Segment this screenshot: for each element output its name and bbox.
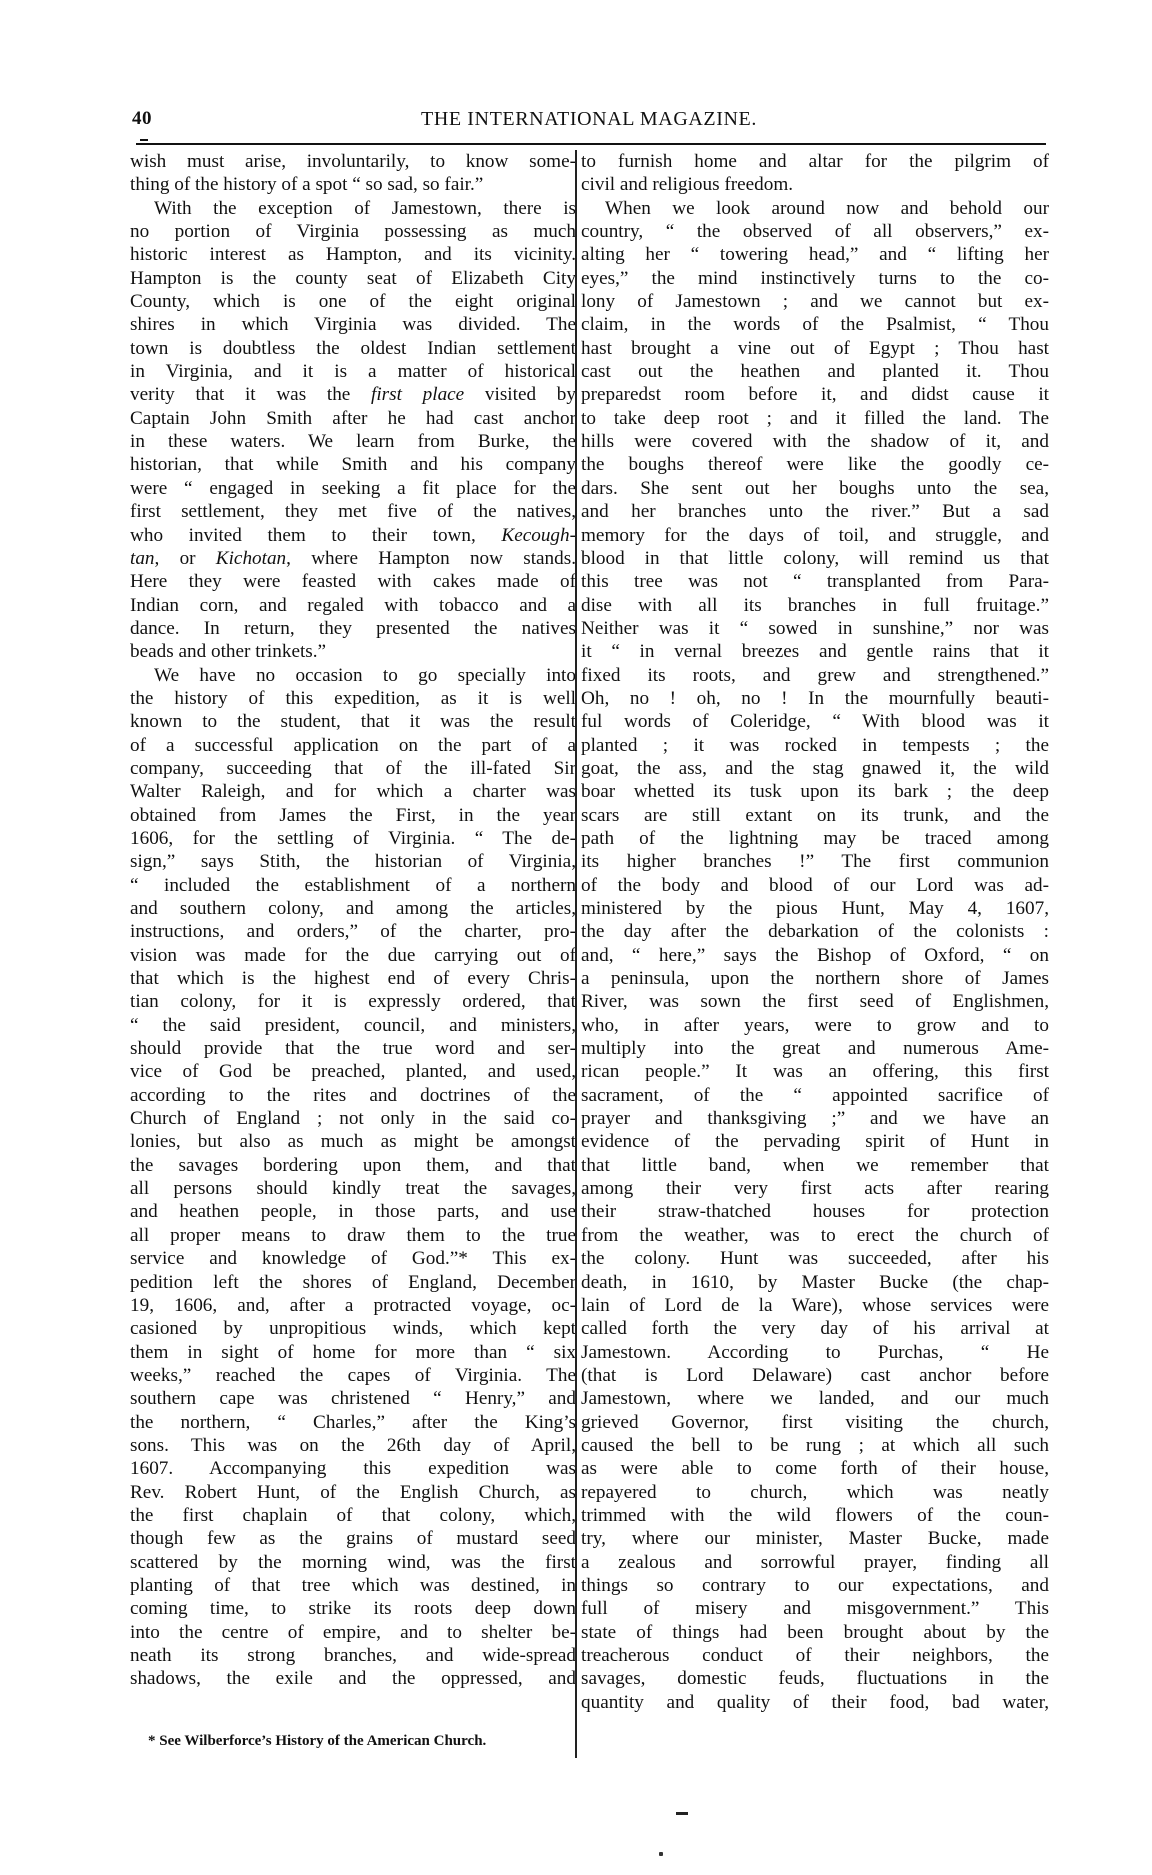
- text-line: of the body and blood of our Lord was ad…: [581, 874, 1049, 897]
- text-line: weeks,” reached the capes of Virginia. T…: [130, 1364, 576, 1387]
- text-run: , or: [155, 548, 216, 569]
- text-line: cast out the heathen and planted it. Tho…: [581, 360, 1049, 383]
- text-line: dars. She sent out her boughs unto the s…: [581, 477, 1049, 500]
- text-line: repayered to church, which was neatly: [581, 1481, 1049, 1504]
- text-line: who, in after years, were to grow and to: [581, 1014, 1049, 1037]
- text-line: that little band, when we remember that: [581, 1154, 1049, 1177]
- text-line-with-italic: tan, or Kichotan, where Hampton now stan…: [130, 547, 576, 570]
- text-line: and southern colony, and among the artic…: [130, 897, 576, 920]
- text-line: Jamestown. According to Purchas, “ He: [581, 1341, 1049, 1364]
- text-line: hills were covered with the shadow of it…: [581, 430, 1049, 453]
- text-line: company, succeeding that of the ill-fate…: [130, 757, 576, 780]
- text-line: it “ in vernal breezes and gentle rains …: [581, 640, 1049, 663]
- text-line: according to the rites and doctrines of …: [130, 1084, 576, 1107]
- text-line: this tree was not “ transplanted from Pa…: [581, 570, 1049, 593]
- text-line: and, “ here,” says the Bishop of Oxford,…: [581, 944, 1049, 967]
- text-line: ful words of Coleridge, “ With blood was…: [581, 710, 1049, 733]
- text-line: beads and other trinkets.”: [130, 640, 576, 663]
- text-line: in these waters. We learn from Burke, th…: [130, 430, 576, 453]
- text-line: grieved Governor, first visiting the chu…: [581, 1411, 1049, 1434]
- italic-kichotan: Kichotan: [216, 548, 286, 569]
- text-line: called forth the very day of his arrival…: [581, 1317, 1049, 1340]
- text-line: obtained from James the First, in the ye…: [130, 804, 576, 827]
- text-line: to furnish home and altar for the pilgri…: [581, 150, 1049, 173]
- text-line: lony of Jamestown ; and we cannot but ex…: [581, 290, 1049, 313]
- text-line: (that is Lord Delaware) cast anchor befo…: [581, 1364, 1049, 1387]
- running-header: 40 THE INTERNATIONAL MAGAZINE.: [132, 108, 1046, 138]
- text-line: their straw-thatched houses for protecti…: [581, 1200, 1049, 1223]
- text-line: vice of God be preached, planted, and us…: [130, 1060, 576, 1083]
- text-line: dise with all its branches in full fruit…: [581, 594, 1049, 617]
- text-line: lonies, but also as much as might be amo…: [130, 1130, 576, 1153]
- italic-first-place: first place: [371, 384, 464, 405]
- text-line: from the weather, was to erect the churc…: [581, 1224, 1049, 1247]
- text-line: casioned by unpropitious winds, which ke…: [130, 1317, 576, 1340]
- text-line: service and knowledge of God.”* This ex-: [130, 1247, 576, 1270]
- text-line: of a successful application on the part …: [130, 734, 576, 757]
- text-line: “ the said president, council, and minis…: [130, 1014, 576, 1037]
- text-line: that which is the highest end of every C…: [130, 967, 576, 990]
- text-line: ministered by the pious Hunt, May 4, 160…: [581, 897, 1049, 920]
- text-line: boar whetted its tusk upon its bark ; th…: [581, 780, 1049, 803]
- text-line: a zealous and sorrowful prayer, finding …: [581, 1551, 1049, 1574]
- ink-smudge: [676, 1812, 688, 1815]
- text-line: fixed its roots, and grew and strengthen…: [581, 664, 1049, 687]
- paragraph-start: With the exception of Jamestown, there i…: [130, 197, 576, 220]
- text-line: scars are still extant on its trunk, and…: [581, 804, 1049, 827]
- text-line: scattered by the morning wind, was the f…: [130, 1551, 576, 1574]
- text-line: death, in 1610, by Master Bucke (the cha…: [581, 1271, 1049, 1294]
- text-line: should provide that the true word and se…: [130, 1037, 576, 1060]
- text-line: the savages bordering upon them, and tha…: [130, 1154, 576, 1177]
- text-line: historian, that while Smith and his comp…: [130, 453, 576, 476]
- magazine-page: 40 THE INTERNATIONAL MAGAZINE. wish must…: [0, 0, 1152, 1875]
- magazine-title: THE INTERNATIONAL MAGAZINE.: [132, 108, 1046, 131]
- text-line: hast brought a vine out of Egypt ; Thou …: [581, 337, 1049, 360]
- text-line: Captain John Smith after he had cast anc…: [130, 407, 576, 430]
- right-column: to furnish home and altar for the pilgri…: [581, 150, 1049, 1714]
- text-run: visited by: [464, 384, 576, 405]
- text-line-with-italic: verity that it was the first place visit…: [130, 383, 576, 406]
- footnote: * See Wilberforce’s History of the Ameri…: [148, 1733, 486, 1750]
- text-line: though few as the grains of mustard seed: [130, 1527, 576, 1550]
- ink-speck: [659, 1852, 663, 1856]
- text-line: blood in that little colony, will remind…: [581, 547, 1049, 570]
- text-line: civil and religious freedom.: [581, 173, 1049, 196]
- text-line: trimmed with the wild flowers of the cou…: [581, 1504, 1049, 1527]
- text-line: Church of England ; not only in the said…: [130, 1107, 576, 1130]
- header-rule-mark: [140, 139, 148, 141]
- text-line: claim, in the words of the Psalmist, “ T…: [581, 313, 1049, 336]
- text-line: among their very first acts after rearin…: [581, 1177, 1049, 1200]
- text-line: tian colony, for it is expressly ordered…: [130, 990, 576, 1013]
- text-line: 1607. Accompanying this expedition was: [130, 1457, 576, 1480]
- text-line: eyes,” the mind instinctively turns to t…: [581, 267, 1049, 290]
- text-line: known to the student, that it was the re…: [130, 710, 576, 733]
- text-line: goat, the ass, and the stag gnawed it, t…: [581, 757, 1049, 780]
- text-line: “ included the establishment of a northe…: [130, 874, 576, 897]
- text-line: wish must arise, involuntarily, to know …: [130, 150, 576, 173]
- text-line: Indian corn, and regaled with tobacco an…: [130, 594, 576, 617]
- text-line: a peninsula, upon the northern shore of …: [581, 967, 1049, 990]
- text-line: shadows, the exile and the oppressed, an…: [130, 1667, 576, 1690]
- text-run: who invited them to their town,: [130, 525, 501, 546]
- text-line: multiply into the great and numerous Ame…: [581, 1037, 1049, 1060]
- text-line: lain of Lord de la Ware), whose services…: [581, 1294, 1049, 1317]
- text-line: the day after the debarkation of the col…: [581, 920, 1049, 943]
- text-line: into the centre of empire, and to shelte…: [130, 1621, 576, 1644]
- italic-kecoughtan: Kecough-: [501, 525, 576, 546]
- text-line: memory for the days of toil, and struggl…: [581, 524, 1049, 547]
- text-line: things so contrary to our expectations, …: [581, 1574, 1049, 1597]
- text-line: country, “ the observed of all observers…: [581, 220, 1049, 243]
- text-line: neath its strong branches, and wide-spre…: [130, 1644, 576, 1667]
- text-line: and her branches unto the river.” But a …: [581, 500, 1049, 523]
- text-line: state of things had been brought about b…: [581, 1621, 1049, 1644]
- text-line: savages, domestic feuds, fluctuations in…: [581, 1667, 1049, 1690]
- text-line: town is doubtless the oldest Indian sett…: [130, 337, 576, 360]
- text-line: no portion of Virginia possessing as muc…: [130, 220, 576, 243]
- text-line: dance. In return, they presented the nat…: [130, 617, 576, 640]
- text-line: sacrament, of the “ appointed sacrifice …: [581, 1084, 1049, 1107]
- text-line: sign,” says Stith, the historian of Virg…: [130, 850, 576, 873]
- text-line: 1606, for the settling of Virginia. “ Th…: [130, 827, 576, 850]
- text-line: as were able to come forth of their hous…: [581, 1457, 1049, 1480]
- text-line: Neither was it “ sowed in sunshine,” nor…: [581, 617, 1049, 640]
- column-divider: [575, 150, 577, 1758]
- left-column: wish must arise, involuntarily, to know …: [130, 150, 576, 1691]
- text-line: vision was made for the due carrying out…: [130, 944, 576, 967]
- text-line: 19, 1606, and, after a protracted voyage…: [130, 1294, 576, 1317]
- text-line: try, where our minister, Master Bucke, m…: [581, 1527, 1049, 1550]
- text-line: Jamestown, where we landed, and our much: [581, 1387, 1049, 1410]
- text-line: Walter Raleigh, and for which a charter …: [130, 780, 576, 803]
- paragraph-start: We have no occasion to go specially into: [130, 664, 576, 687]
- text-line: Hampton is the county seat of Elizabeth …: [130, 267, 576, 290]
- text-line: sons. This was on the 26th day of April,: [130, 1434, 576, 1457]
- paragraph-start: When we look around now and behold our: [581, 197, 1049, 220]
- italic-kecoughtan-end: tan: [130, 548, 155, 569]
- text-line-with-italic: who invited them to their town, Kecough-: [130, 524, 576, 547]
- text-line: County, which is one of the eight origin…: [130, 290, 576, 313]
- text-line: planted ; it was rocked in tempests ; th…: [581, 734, 1049, 757]
- text-line: the northern, “ Charles,” after the King…: [130, 1411, 576, 1434]
- text-line: historic interest as Hampton, and its vi…: [130, 243, 576, 266]
- text-line: instructions, and orders,” of the charte…: [130, 920, 576, 943]
- text-line: prayer and thanksgiving ;” and we have a…: [581, 1107, 1049, 1130]
- text-line: Rev. Robert Hunt, of the English Church,…: [130, 1481, 576, 1504]
- text-line: Here they were feasted with cakes made o…: [130, 570, 576, 593]
- text-line: alting her “ towering head,” and “ lifti…: [581, 243, 1049, 266]
- text-line: Oh, no ! oh, no ! In the mournfully beau…: [581, 687, 1049, 710]
- text-line: coming time, to strike its roots deep do…: [130, 1597, 576, 1620]
- text-line: treacherous conduct of their neighbors, …: [581, 1644, 1049, 1667]
- text-line: to take deep root ; and it filled the la…: [581, 407, 1049, 430]
- text-line: first settlement, they met five of the n…: [130, 500, 576, 523]
- text-line: all proper means to draw them to the tru…: [130, 1224, 576, 1247]
- text-line: the colony. Hunt was succeeded, after hi…: [581, 1247, 1049, 1270]
- text-line: shires in which Virginia was divided. Th…: [130, 313, 576, 336]
- text-line: path of the lightning may be traced amon…: [581, 827, 1049, 850]
- text-line: all persons should kindly treat the sava…: [130, 1177, 576, 1200]
- text-line: the history of this expedition, as it is…: [130, 687, 576, 710]
- text-line: the first chaplain of that colony, which…: [130, 1504, 576, 1527]
- text-run: verity that it was the: [130, 384, 371, 405]
- text-line: thing of the history of a spot “ so sad,…: [130, 173, 576, 196]
- text-line: and heathen people, in those parts, and …: [130, 1200, 576, 1223]
- text-line: the boughs thereof were like the goodly …: [581, 453, 1049, 476]
- text-line: River, was sown the first seed of Englis…: [581, 990, 1049, 1013]
- text-line: caused the bell to be rung ; at which al…: [581, 1434, 1049, 1457]
- text-line: its higher branches !” The first communi…: [581, 850, 1049, 873]
- header-rule: [136, 143, 1046, 145]
- text-run: , where Hampton now stands.: [286, 548, 576, 569]
- text-line: were “ engaged in seeking a fit place fo…: [130, 477, 576, 500]
- text-line: preparedst room before it, and didst cau…: [581, 383, 1049, 406]
- text-line: rican people.” It was an offering, this …: [581, 1060, 1049, 1083]
- text-line: southern cape was christened “ Henry,” a…: [130, 1387, 576, 1410]
- text-line: evidence of the pervading spirit of Hunt…: [581, 1130, 1049, 1153]
- text-line: in Virginia, and it is a matter of histo…: [130, 360, 576, 383]
- text-line: full of misery and misgovernment.” This: [581, 1597, 1049, 1620]
- text-line: planting of that tree which was destined…: [130, 1574, 576, 1597]
- text-line: quantity and quality of their food, bad …: [581, 1691, 1049, 1714]
- text-line: them in sight of home for more than “ si…: [130, 1341, 576, 1364]
- text-line: pedition left the shores of England, Dec…: [130, 1271, 576, 1294]
